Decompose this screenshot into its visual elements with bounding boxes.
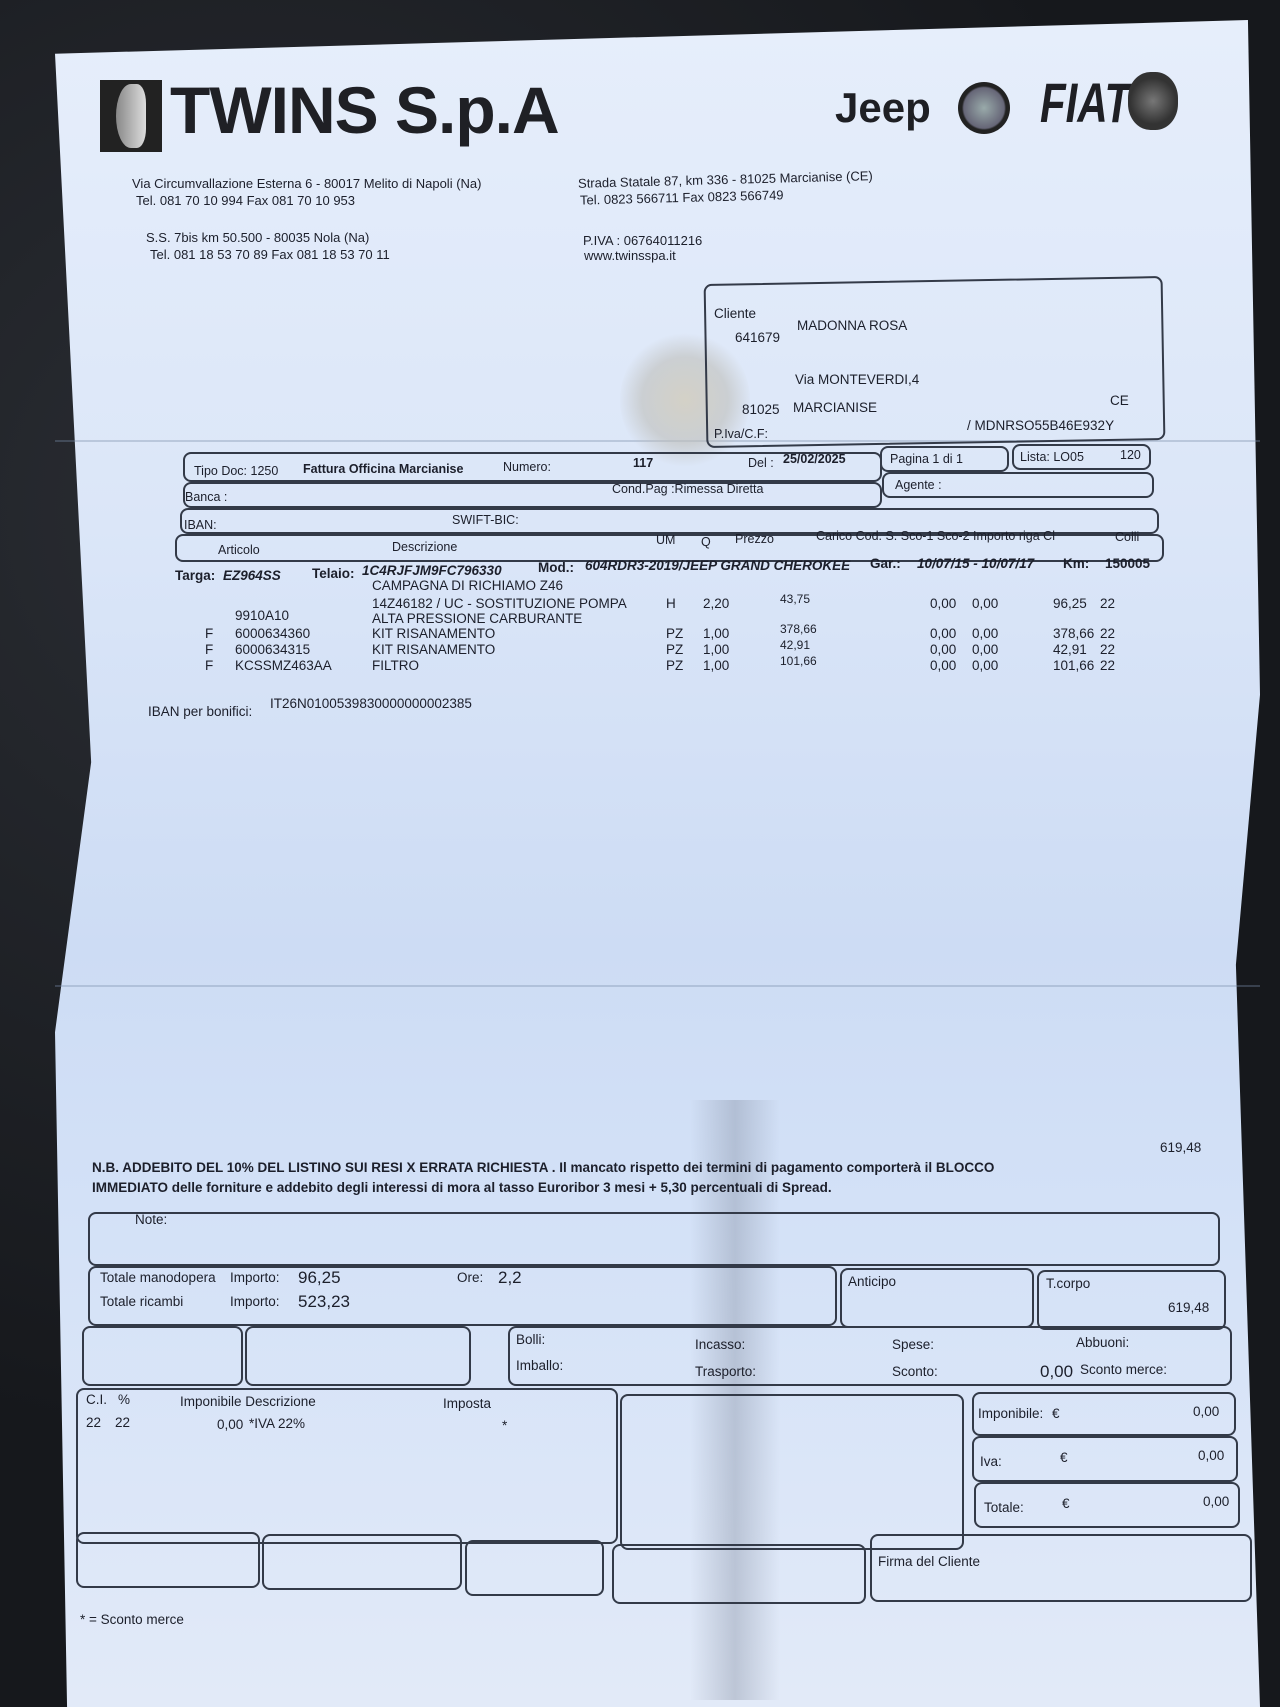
face-logo-icon <box>116 84 146 148</box>
line-um: PZ <box>666 658 683 673</box>
incasso-label: Incasso: <box>695 1337 745 1352</box>
mod-label: Mod.: <box>538 560 574 575</box>
line-q: 1,00 <box>703 658 729 673</box>
sconto-value: 0,00 <box>1040 1362 1073 1382</box>
empty-box <box>262 1534 462 1590</box>
ricambi-label: Totale ricambi <box>100 1294 183 1309</box>
tipo-doc: Tipo Doc: 1250 <box>194 464 278 478</box>
phone-nola: Tel. 081 18 53 70 89 Fax 081 18 53 70 11 <box>150 247 390 263</box>
line-desc2: ALTA PRESSIONE CARBURANTE <box>372 611 582 626</box>
iva-ci: 22 <box>86 1415 101 1430</box>
cliente-street: Via MONTEVERDI,4 <box>795 372 919 387</box>
telaio: 1C4RJFJM9FC796330 <box>362 563 502 578</box>
lista-number: 120 <box>1120 448 1141 462</box>
manodopera-label: Totale manodopera <box>100 1270 216 1285</box>
telaio-label: Telaio: <box>312 566 355 581</box>
col-descrizione: Descrizione <box>392 540 457 554</box>
nb-notice-2: IMMEDIATO delle forniture e addebito deg… <box>92 1180 832 1195</box>
empty-box <box>245 1326 471 1386</box>
campaign: CAMPAGNA DI RICHIAMO Z46 <box>372 578 563 593</box>
totale-value: 0,00 <box>1203 1494 1229 1509</box>
ore-label: Ore: <box>457 1270 483 1285</box>
cond-pag: Cond.Pag :Rimessa Diretta <box>612 482 763 496</box>
line-importo: 101,66 <box>1053 658 1094 673</box>
line-flag: F <box>205 642 213 657</box>
spese-label: Spese: <box>892 1337 934 1352</box>
km: 150005 <box>1105 556 1150 571</box>
imponibile-value: 0,00 <box>1193 1404 1219 1419</box>
line-sco2: 0,00 <box>972 596 998 611</box>
col-colli: Colli <box>1115 530 1139 544</box>
line-articolo: 9910A10 <box>235 608 289 623</box>
cliente-city: MARCIANISE <box>793 400 877 415</box>
imponibile-desc-label: Imponibile Descrizione <box>180 1394 316 1409</box>
line-articolo: 6000634315 <box>235 642 310 657</box>
codice-fiscale: / MDNRSO55B46E932Y <box>967 418 1114 433</box>
iban-label: IBAN: <box>184 518 217 532</box>
fiat-logo: FIAT <box>1040 70 1130 135</box>
line-prezzo: 42,91 <box>780 638 810 652</box>
line-cl: 22 <box>1100 642 1115 657</box>
pagina: Pagina 1 di 1 <box>890 452 963 466</box>
cliente-cap: 81025 <box>742 402 780 417</box>
iva-imposta: * <box>502 1418 507 1433</box>
targa: EZ964SS <box>223 568 281 583</box>
line-um: PZ <box>666 642 683 657</box>
line-cl: 22 <box>1100 626 1115 641</box>
doc-date: 25/02/2025 <box>783 452 846 466</box>
empty-box <box>612 1544 866 1604</box>
empty-box <box>620 1394 964 1550</box>
line-sco1: 0,00 <box>930 626 956 641</box>
iban-bonifici-label: IBAN per bonifici: <box>148 704 252 719</box>
line-q: 2,20 <box>703 596 729 611</box>
company-name: TWINS S.p.A <box>170 72 559 148</box>
line-sco2: 0,00 <box>972 642 998 657</box>
iva-value: 0,00 <box>1198 1448 1224 1463</box>
iva-imponibile: 0,00 <box>217 1417 243 1432</box>
garanzia: 10/07/15 - 10/07/17 <box>917 556 1034 571</box>
empty-box <box>76 1532 260 1588</box>
cliente-label: Cliente <box>714 306 756 321</box>
col-articolo: Articolo <box>218 543 260 557</box>
manodopera-value: 96,25 <box>298 1268 341 1288</box>
line-prezzo: 101,66 <box>780 654 817 668</box>
footnote: * = Sconto merce <box>80 1612 184 1627</box>
iban-bonifici: IT26N0100539830000000002385 <box>270 696 472 711</box>
euro-symbol: € <box>1060 1450 1068 1465</box>
line-um: H <box>666 596 676 611</box>
importo-label-2: Importo: <box>230 1294 280 1309</box>
line-q: 1,00 <box>703 626 729 641</box>
col-um: UM <box>656 533 675 547</box>
empty-box <box>82 1326 243 1386</box>
cliente-code: 641679 <box>735 330 780 345</box>
line-cl: 22 <box>1100 596 1115 611</box>
iva-desc: *IVA 22% <box>249 1416 305 1431</box>
numero-label: Numero: <box>503 460 551 474</box>
tcorpo-label: T.corpo <box>1046 1276 1090 1291</box>
line-cl: 22 <box>1100 658 1115 673</box>
line-um: PZ <box>666 626 683 641</box>
ricambi-value: 523,23 <box>298 1292 350 1312</box>
nb-notice-1: N.B. ADDEBITO DEL 10% DEL LISTINO SUI RE… <box>92 1160 994 1175</box>
line-flag: F <box>205 626 213 641</box>
doc-name: Fattura Officina Marcianise <box>303 462 463 476</box>
alfa-romeo-logo-icon <box>958 82 1010 134</box>
iva-pct: 22 <box>115 1415 130 1430</box>
note-box <box>88 1212 1220 1266</box>
cliente-name: MADONNA ROSA <box>797 318 907 333</box>
trasporto-label: Trasporto: <box>695 1364 756 1379</box>
anticipo-label: Anticipo <box>848 1274 896 1289</box>
website-link[interactable]: www.twinsspa.it <box>584 248 676 264</box>
fold-line <box>55 985 1260 987</box>
importo-label: Importo: <box>230 1270 280 1285</box>
col-prezzo: Prezzo <box>735 532 774 546</box>
note-label: Note: <box>135 1212 167 1227</box>
line-articolo: KCSSMZ463AA <box>235 658 332 673</box>
line-desc1: FILTRO <box>372 658 419 673</box>
euro-symbol: € <box>1052 1406 1060 1421</box>
address-nola: S.S. 7bis km 50.500 - 80035 Nola (Na) <box>146 230 369 246</box>
sconto-merce-label: Sconto merce: <box>1080 1362 1167 1377</box>
totale-label: Totale: <box>984 1500 1024 1515</box>
bolli-label: Bolli: <box>516 1332 545 1347</box>
line-sco1: 0,00 <box>930 642 956 657</box>
lancia-logo-icon <box>1128 72 1178 130</box>
line-prezzo: 378,66 <box>780 622 817 636</box>
ci-label: C.I. <box>86 1392 107 1407</box>
line-sco2: 0,00 <box>972 658 998 673</box>
euro-symbol: € <box>1062 1496 1070 1511</box>
abbuoni-label: Abbuoni: <box>1076 1335 1129 1350</box>
line-sco2: 0,00 <box>972 626 998 641</box>
targa-label: Targa: <box>175 568 215 583</box>
imposta-label: Imposta <box>443 1396 491 1411</box>
gar-label: Gar.: <box>870 556 901 571</box>
del-label: Del : <box>748 456 774 470</box>
imponibile-label: Imponibile: <box>978 1406 1043 1421</box>
line-flag: F <box>205 658 213 673</box>
lista: Lista: LO05 <box>1020 450 1084 464</box>
line-sco1: 0,00 <box>930 596 956 611</box>
agente-label: Agente : <box>895 478 942 492</box>
phone-melito: Tel. 081 70 10 994 Fax 081 70 10 953 <box>136 193 355 209</box>
iva-label: Iva: <box>980 1454 1002 1469</box>
firma-label: Firma del Cliente <box>878 1554 980 1569</box>
line-importo: 42,91 <box>1053 642 1087 657</box>
line-importo: 378,66 <box>1053 626 1094 641</box>
line-desc1: 14Z46182 / UC - SOSTITUZIONE POMPA <box>372 596 627 611</box>
banca-box <box>183 482 882 508</box>
ore-value: 2,2 <box>498 1268 522 1288</box>
banca-label: Banca : <box>185 490 227 504</box>
sconto-label: Sconto: <box>892 1364 938 1379</box>
col-q: Q <box>701 535 711 549</box>
tcorpo-value: 619,48 <box>1168 1300 1209 1315</box>
line-sco1: 0,00 <box>930 658 956 673</box>
imballo-label: Imballo: <box>516 1358 563 1373</box>
line-articolo: 6000634360 <box>235 626 310 641</box>
jeep-logo: Jeep <box>835 84 931 132</box>
iva-box <box>76 1388 618 1544</box>
piva: P.IVA : 06764011216 <box>583 233 702 249</box>
cliente-province: CE <box>1110 393 1129 408</box>
model: 604RDR3-2019/JEEP GRAND CHEROKEE <box>585 558 850 573</box>
empty-box <box>465 1540 604 1596</box>
col-carico: Carico Cod. S. Sco-1 Sco-2 Importo riga … <box>816 529 1055 543</box>
address-melito: Via Circumvallazione Esterna 6 - 80017 M… <box>132 176 481 192</box>
line-desc1: KIT RISANAMENTO <box>372 626 495 641</box>
line-desc1: KIT RISANAMENTO <box>372 642 495 657</box>
km-label: Km: <box>1063 556 1089 571</box>
line-prezzo: 43,75 <box>780 592 810 606</box>
piva-cf-label: P.Iva/C.F: <box>714 427 768 441</box>
line-q: 1,00 <box>703 642 729 657</box>
swift-label: SWIFT-BIC: <box>452 513 519 527</box>
pct-label: % <box>118 1392 130 1407</box>
subtotal: 619,48 <box>1160 1140 1201 1155</box>
line-importo: 96,25 <box>1053 596 1087 611</box>
numero-value: 117 <box>633 456 653 470</box>
